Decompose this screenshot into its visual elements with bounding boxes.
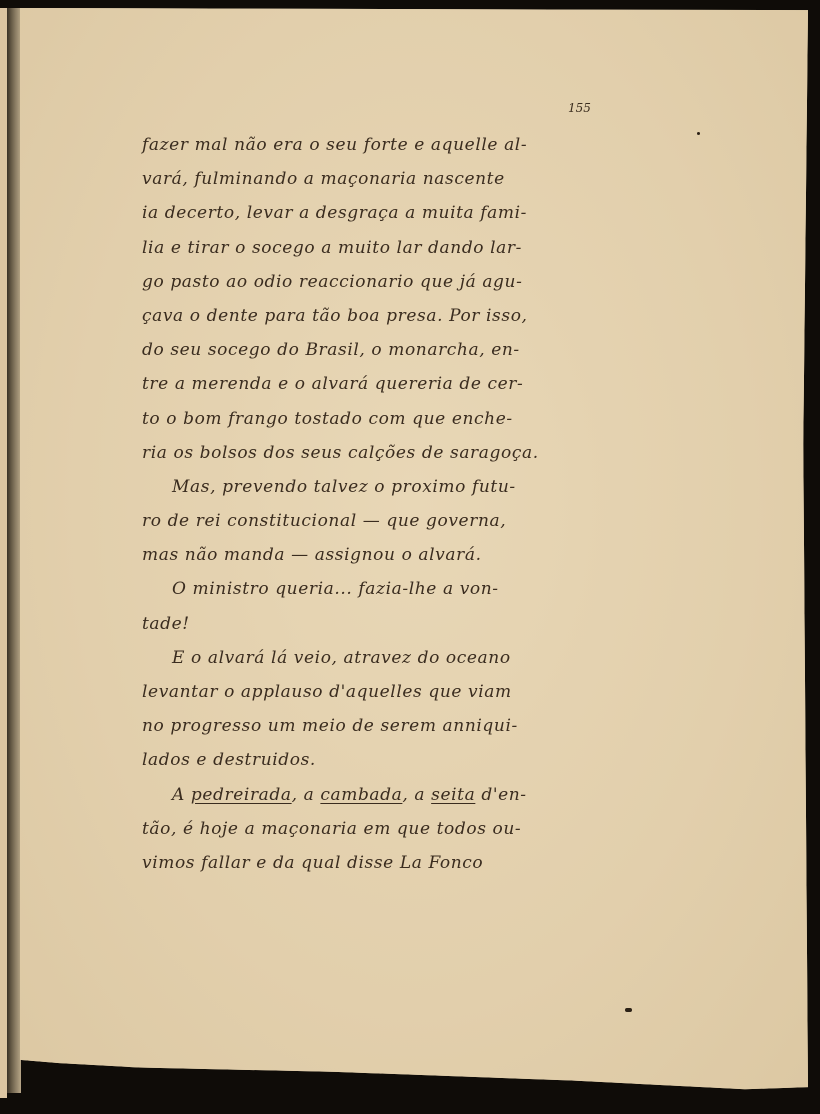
- text-line: vimos fallar e da qual disse La Fonco: [142, 846, 602, 880]
- text-line: tão, é hoje a maçonaria em que todos ou-: [142, 812, 602, 846]
- text-line: to o bom frango tostado com que enche-: [142, 402, 602, 436]
- underlined-line-text: A pedreirada, a cambada, a seita d'en-: [172, 785, 527, 805]
- scanned-page: 155 fazer mal não era o seu forte e aque…: [0, 0, 820, 1114]
- book-spine-shadow: [7, 8, 21, 1093]
- facing-page-edge: [0, 8, 7, 1098]
- handwritten-text-block: fazer mal não era o seu forte e aquelle …: [142, 128, 602, 880]
- text-line: ro de rei constitucional — que governa,: [142, 504, 602, 538]
- manuscript-page: 155 fazer mal não era o seu forte e aque…: [20, 8, 808, 1098]
- text-line: fazer mal não era o seu forte e aquelle …: [142, 128, 602, 162]
- paragraph-start-line-underlined: A pedreirada, a cambada, a seita d'en-: [142, 778, 602, 812]
- paragraph-start-line: O ministro queria... fazia-lhe a von-: [142, 572, 602, 606]
- text-line: no progresso um meio de serem anniqui-: [142, 709, 602, 743]
- ink-spot: [625, 1008, 632, 1012]
- paragraph-start-line: Mas, prevendo talvez o proximo futu-: [142, 470, 602, 504]
- text-line: vará, fulminando a maçonaria nascente: [142, 162, 602, 196]
- text-line: do seu socego do Brasil, o monarcha, en-: [142, 333, 602, 367]
- text-line: ia decerto, levar a desgraça a muita fam…: [142, 196, 602, 230]
- text-line: go pasto ao odio reaccionario que já agu…: [142, 265, 602, 299]
- text-line: levantar o applauso d'aquelles que viam: [142, 675, 602, 709]
- text-line: lia e tirar o socego a muito lar dando l…: [142, 231, 602, 265]
- text-line: ria os bolsos dos seus calções de sarago…: [142, 436, 602, 470]
- ink-spot: [697, 132, 700, 135]
- text-line: lados e destruidos.: [142, 743, 602, 777]
- text-line: tre a merenda e o alvará quereria de cer…: [142, 367, 602, 401]
- text-line: tade!: [142, 607, 602, 641]
- text-line: çava o dente para tão boa presa. Por iss…: [142, 299, 602, 333]
- page-number: 155: [568, 101, 591, 115]
- text-line: mas não manda — assignou o alvará.: [142, 538, 602, 572]
- paragraph-start-line: E o alvará lá veio, atravez do oceano: [142, 641, 602, 675]
